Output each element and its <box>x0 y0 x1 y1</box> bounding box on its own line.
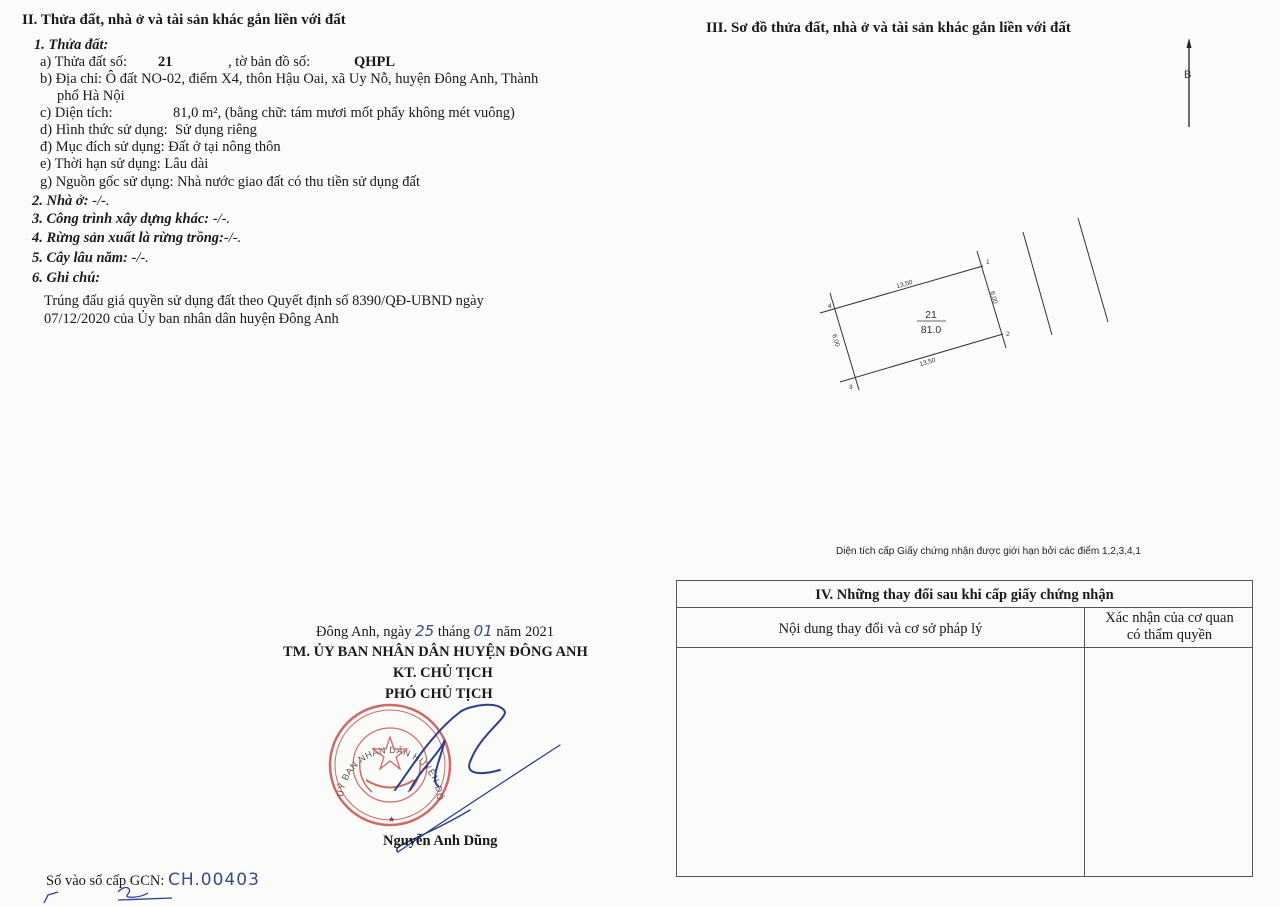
address-label: b) Địa chỉ: <box>40 71 102 87</box>
area-label: c) Diện tích: <box>40 105 173 122</box>
section-2-title: II. Thửa đất, nhà ở và tài sản khác gắn … <box>22 12 346 29</box>
section-4-title: IV. Những thay đổi sau khi cấp giấy chứn… <box>677 581 1252 608</box>
date-month: 01 <box>474 622 493 640</box>
purpose-row: đ) Mục đích sử dụng: Đất ở tại nông thôn <box>40 139 281 156</box>
signer-role-1: KT. CHỦ TỊCH <box>393 665 493 682</box>
other-construction-value: -/-. <box>213 211 230 227</box>
edge-length-bottom: 13,50 <box>919 357 937 368</box>
other-construction-row: 3. Công trình xây dựng khác: -/-. <box>32 211 230 228</box>
road-lines <box>1023 218 1108 335</box>
term-row: e) Thời hạn sử dụng: Lâu dài <box>40 156 208 173</box>
perennial-trees-row: 5. Cây lâu năm: -/-. <box>32 250 149 267</box>
col-header-authority-confirmation: Xác nhận của cơ quan có thẩm quyền <box>1085 610 1254 650</box>
area-value: 81,0 m², (bằng chữ: tám mươi mốt phẩy kh… <box>173 105 515 121</box>
change-content-cell <box>677 648 1084 876</box>
purpose-label: đ) Mục đích sử dụng: <box>40 139 165 155</box>
edge-length-right: 6,00 <box>988 291 998 305</box>
usage-form-label: d) Hình thức sử dụng: <box>40 122 168 138</box>
section-3-title: III. Sơ đồ thửa đất, nhà ở và tài sản kh… <box>706 20 1071 37</box>
production-forest-row: 4. Rừng sản xuất là rừng trồng:-/-. <box>32 230 241 247</box>
diagram-caption: Diện tích cấp Giấy chứng nhận được giới … <box>836 546 1141 557</box>
house-row: 2. Nhà ở: -/-. <box>32 193 109 210</box>
north-arrow-icon: B <box>1184 38 1192 127</box>
production-forest-value: -/-. <box>224 230 241 246</box>
col-header-change-content: Nội dung thay đổi và cơ sở pháp lý <box>677 607 1084 647</box>
perennial-trees-value: -/-. <box>132 250 149 266</box>
plot-number-label: 21 <box>925 309 937 321</box>
signer-role-2: PHÓ CHỦ TỊCH <box>385 686 493 703</box>
address-row: b) Địa chỉ: Ô đất NO-02, điểm X4, thôn H… <box>40 71 538 88</box>
registry-label: Số vào sổ cấp GCN: <box>46 873 164 889</box>
issuing-org: TM. ỦY BAN NHÂN DÂN HUYỆN ĐÔNG ANH <box>283 644 588 661</box>
other-construction-heading: 3. Công trình xây dựng khác: <box>32 211 209 227</box>
term-value: Lâu dài <box>164 156 208 172</box>
notes-line-2: 07/12/2020 của Ủy ban nhân dân huyện Đôn… <box>44 311 339 328</box>
svg-text:★: ★ <box>388 815 395 824</box>
plot-number-label: a) Thửa đất số: <box>40 54 158 71</box>
vertex-2-label: 2 <box>1006 331 1010 338</box>
land-plot-heading: 1. Thửa đất: <box>34 37 108 54</box>
vertex-4-label: 4 <box>828 303 832 310</box>
signing-date: Đông Anh, ngày 25 tháng 01 năm 2021 <box>316 622 554 641</box>
registry-number: CH.00403 <box>168 870 260 890</box>
changes-table: IV. Những thay đổi sau khi cấp giấy chứn… <box>676 580 1253 877</box>
house-value: -/-. <box>92 193 109 209</box>
registry-row: Số vào sổ cấp GCN: CH.00403 <box>46 870 260 890</box>
date-day: 25 <box>415 622 434 640</box>
map-sheet-label: , tờ bản đồ số: <box>228 54 354 71</box>
col2-header-line-2: có thẩm quyền <box>1085 627 1254 644</box>
date-prefix: Đông Anh, ngày <box>316 624 411 640</box>
house-heading: 2. Nhà ở: <box>32 193 89 209</box>
area-row: c) Diện tích:81,0 m², (bằng chữ: tám mươ… <box>40 105 515 122</box>
year-label: năm 2021 <box>496 624 554 640</box>
notes-line-1: Trúng đấu giá quyền sử dụng đất theo Quy… <box>44 293 484 310</box>
month-label: tháng <box>438 624 470 640</box>
notes-heading: 6. Ghi chú: <box>32 270 100 287</box>
origin-row: g) Nguồn gốc sử dụng: Nhà nước giao đất … <box>40 174 420 191</box>
usage-form-row: d) Hình thức sử dụng: Sử dụng riêng <box>40 122 257 139</box>
plot-number-row: a) Thửa đất số:21, tờ bản đồ số:QHPL <box>40 54 395 71</box>
production-forest-heading: 4. Rừng sản xuất là rừng trồng: <box>32 230 224 246</box>
origin-label: g) Nguồn gốc sử dụng: <box>40 174 174 190</box>
purpose-value: Đất ở tại nông thôn <box>168 139 280 155</box>
address-line-2: phố Hà Nội <box>57 88 125 105</box>
signature-stroke-icon <box>395 705 560 852</box>
col2-header-line-1: Xác nhận của cơ quan <box>1085 610 1254 627</box>
edge-length-top: 13,50 <box>896 279 914 290</box>
plot-number-value: 21 <box>158 54 228 71</box>
term-label: e) Thời hạn sử dụng: <box>40 156 161 172</box>
plot-boundary <box>820 251 1006 390</box>
perennial-trees-heading: 5. Cây lâu năm: <box>32 250 128 266</box>
address-line-1: Ô đất NO-02, điểm X4, thôn Hậu Oai, xã U… <box>106 71 539 87</box>
edge-length-left: 6,00 <box>830 334 840 348</box>
origin-value: Nhà nước giao đất có thu tiền sử dụng đấ… <box>177 174 420 190</box>
north-label: B <box>1184 69 1191 81</box>
authority-confirmation-cell <box>1085 648 1252 876</box>
vertex-3-label: 3 <box>849 384 853 391</box>
usage-form-value: Sử dụng riêng <box>175 122 257 138</box>
signer-name: Nguyễn Anh Dũng <box>383 833 497 850</box>
vertex-1-label: 1 <box>986 259 990 266</box>
plot-area-label: 81.0 <box>921 324 942 336</box>
map-sheet-value: QHPL <box>354 54 395 70</box>
